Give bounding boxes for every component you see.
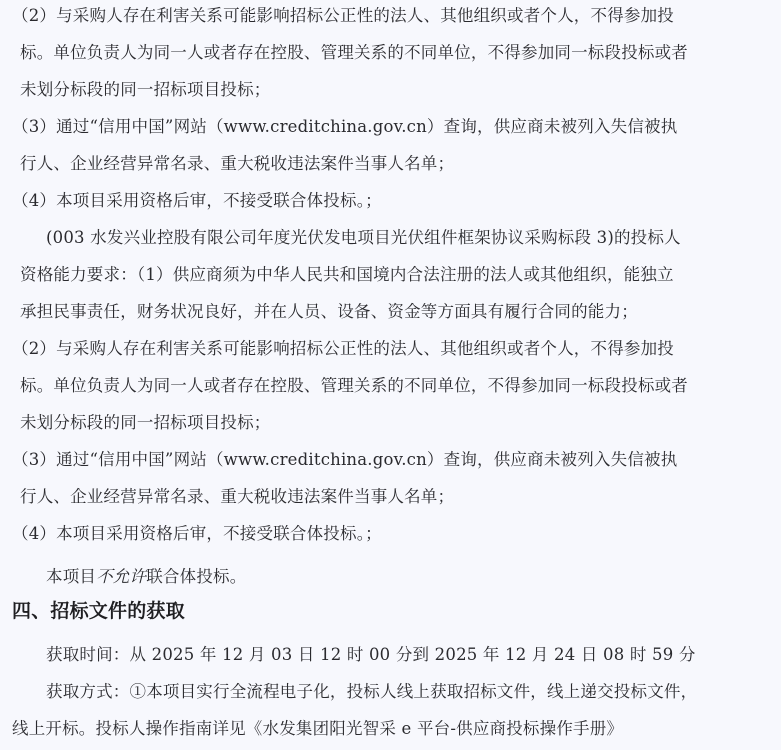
clause-2-line-3: 未划分标段的同一招标项目投标； — [0, 71, 781, 108]
consortium-note-suffix: 联合体投标。 — [146, 567, 246, 586]
lot-3-clause-3-line-1: （3）通过“信用中国”网站（www.creditchina.gov.cn）查询，… — [0, 441, 781, 478]
lot-3-intro-line: (003 水发兴业控股有限公司年度光伏发电项目光伏组件框架协议采购标段 3)的投… — [0, 219, 781, 256]
acquisition-method-line-1: 获取方式：①本项目实行全流程电子化，投标人线上获取招标文件，线上递交投标文件， — [0, 673, 781, 710]
section-heading: 四、招标文件的获取 — [0, 593, 781, 630]
lot-3-clause-2-line-1: （2）与采购人存在利害关系可能影响招标公正性的法人、其他组织或者个人，不得参加投 — [0, 330, 781, 367]
lot-3-clause-2-line-3: 未划分标段的同一招标项目投标； — [0, 404, 781, 441]
clause-2-line-1: （2）与采购人存在利害关系可能影响招标公正性的法人、其他组织或者个人，不得参加投 — [0, 0, 781, 34]
clause-3-line-1: （3）通过“信用中国”网站（www.creditchina.gov.cn）查询，… — [0, 108, 781, 145]
clause-3-line-2: 行人、企业经营异常名录、重大税收违法案件当事人名单； — [0, 145, 781, 182]
lot-3-clause-1-line-2: 承担民事责任，财务状况良好，并在人员、设备、资金等方面具有履行合同的能力； — [0, 293, 781, 330]
lot-3-clause-1-line-1: 资格能力要求：（1）供应商须为中华人民共和国境内合法注册的法人或其他组织，能独立 — [0, 256, 781, 293]
consortium-note-emphasis: 不允许 — [96, 567, 146, 586]
document-page: （2）与采购人存在利害关系可能影响招标公正性的法人、其他组织或者个人，不得参加投… — [0, 0, 781, 750]
acquisition-time: 获取时间：从 2025 年 12 月 03 日 12 时 00 分到 2025 … — [0, 636, 781, 673]
clause-4-line: （4）本项目采用资格后审，不接受联合体投标。； — [0, 182, 781, 219]
lot-3-clause-4-line: （4）本项目采用资格后审，不接受联合体投标。； — [0, 515, 781, 552]
consortium-note: 本项目不允许联合体投标。 — [0, 558, 781, 595]
clause-2-line-2: 标。单位负责人为同一人或者存在控股、管理关系的不同单位，不得参加同一标段投标或者 — [0, 34, 781, 71]
consortium-note-prefix: 本项目 — [46, 567, 96, 586]
acquisition-method-line-2: 线上开标。投标人操作指南详见《水发集团阳光智采 e 平台-供应商投标操作手册》 — [0, 710, 781, 747]
lot-3-clause-3-line-2: 行人、企业经营异常名录、重大税收违法案件当事人名单； — [0, 478, 781, 515]
lot-3-clause-2-line-2: 标。单位负责人为同一人或者存在控股、管理关系的不同单位，不得参加同一标段投标或者 — [0, 367, 781, 404]
